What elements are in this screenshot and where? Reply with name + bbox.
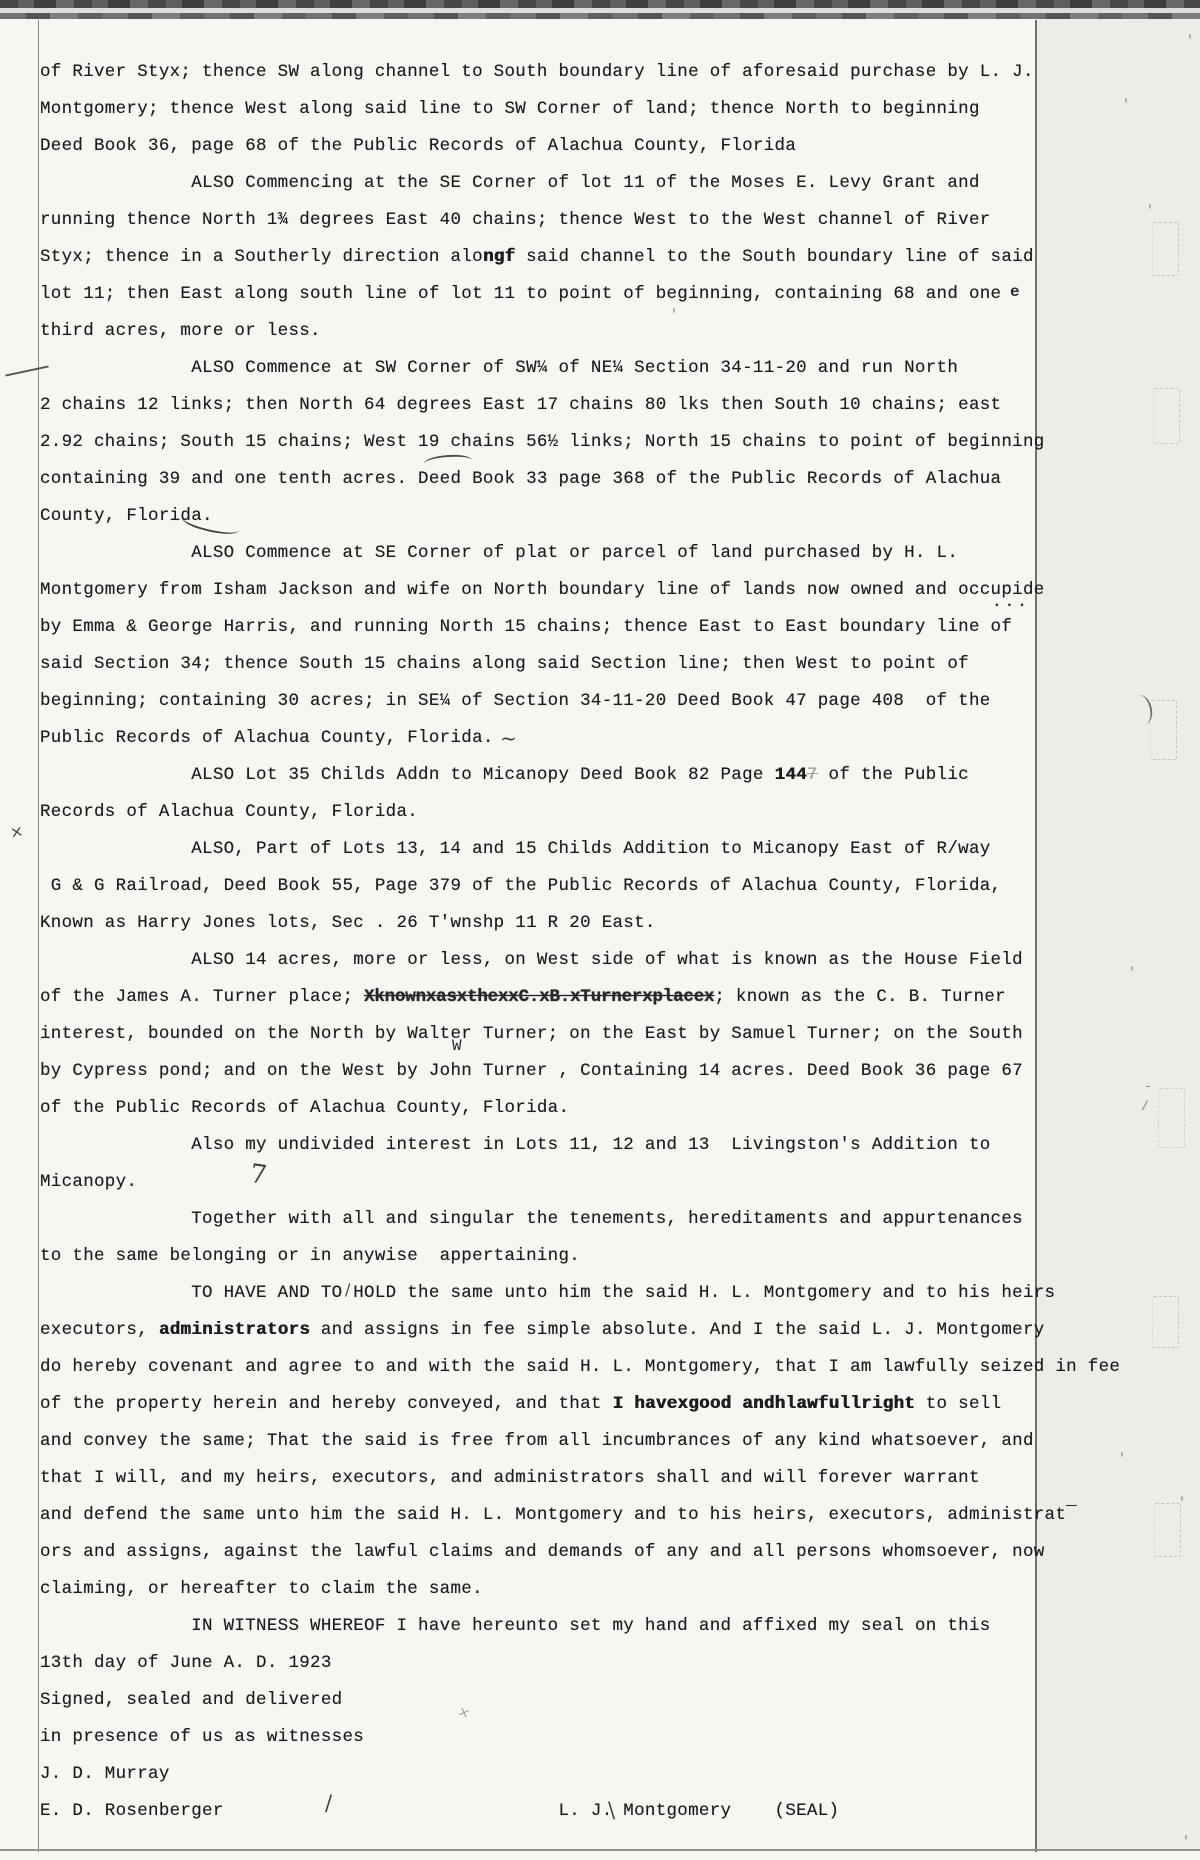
- pen-backslash: \: [608, 1800, 615, 1821]
- speck: /: [1141, 1100, 1149, 1113]
- left-margin-rule: [38, 20, 39, 1852]
- text-line-4: ALSO Commencing at the SE Corner of lot …: [40, 172, 980, 194]
- text-line-38: and convey the same; That the said is fr…: [40, 1430, 1034, 1452]
- pen-x: ×: [9, 823, 25, 841]
- pen-slash: /: [325, 1793, 332, 1814]
- text-line-21: Records of Alachua County, Florida.: [40, 801, 418, 823]
- text-line-20: ALSO Lot 35 Childs Addn to Micanopy Deed…: [40, 764, 969, 786]
- pencil-scribble: ×: [456, 1704, 472, 1721]
- text-line-11: 2.92 chains; South 15 chains; West 19 ch…: [40, 431, 1045, 453]
- text-line-43: IN WITNESS WHEREOF I have hereunto set m…: [40, 1615, 991, 1637]
- text-line-45: Signed, sealed and delivered: [40, 1689, 342, 1711]
- speck: ': [1122, 98, 1130, 111]
- speck: ': [1182, 1835, 1190, 1848]
- text-line-31: Micanopy.: [40, 1171, 137, 1193]
- text-line-22: ALSO, Part of Lots 13, 14 and 15 Childs …: [40, 838, 991, 860]
- punch-mark: [1152, 1296, 1179, 1348]
- punch-mark: [1158, 1088, 1185, 1148]
- text-line-29: of the Public Records of Alachua County,…: [40, 1097, 569, 1119]
- text-line-30: Also my undivided interest in Lots 11, 1…: [40, 1134, 991, 1156]
- text-line-48: E. D. Rosenberger L. J. Montgomery (SEAL…: [40, 1800, 839, 1822]
- punch-mark: [1150, 700, 1177, 760]
- speck: ': [1178, 1496, 1186, 1509]
- handwritten-seven: 7: [248, 1161, 268, 1189]
- scan-edge-band-lower: [0, 13, 1200, 19]
- text-line-32: Together with all and singular the tenem…: [40, 1208, 1023, 1230]
- text-line-18: beginning; containing 30 acres; in SE¼ o…: [40, 690, 991, 712]
- text-line-34: TO HAVE AND TO HOLD the same unto him th…: [40, 1282, 1055, 1304]
- document-page: of River Styx; thence SW along channel t…: [0, 0, 1200, 1860]
- text-line-9: ALSO Commence at SW Corner of SW¼ of NE¼…: [40, 357, 958, 379]
- text-line-42: claiming, or hereafter to claim the same…: [40, 1578, 483, 1600]
- text-line-7: lot 11; then East along south line of lo…: [40, 283, 1001, 305]
- text-line-24: Known as Harry Jones lots, Sec . 26 T'wn…: [40, 912, 656, 934]
- text-line-5: running thence North 1¾ degrees East 40 …: [40, 209, 991, 231]
- text-line-47: J. D. Murray: [40, 1763, 170, 1785]
- typed-dots: ...: [992, 594, 1030, 610]
- text-line-8: third acres, more or less.: [40, 320, 321, 342]
- text-line-37: of the property herein and hereby convey…: [40, 1393, 1001, 1415]
- text-line-46: in presence of us as witnesses: [40, 1726, 364, 1748]
- text-line-36: do hereby covenant and agree to and with…: [40, 1356, 1120, 1378]
- text-line-23: G & G Railroad, Deed Book 55, Page 379 o…: [40, 875, 1001, 897]
- text-line-35: executors, administrators and assigns in…: [40, 1319, 1045, 1341]
- scan-edge-band-top: [0, 0, 1200, 8]
- punch-mark: [1153, 388, 1180, 444]
- text-line-41: ors and assigns, against the lawful clai…: [40, 1541, 1045, 1563]
- text-line-25: ALSO 14 acres, more or less, on West sid…: [40, 949, 1023, 971]
- text-line-17: said Section 34; thence South 15 chains …: [40, 653, 969, 675]
- speck: ': [1186, 34, 1194, 47]
- text-line-16: by Emma & George Harris, and running Nor…: [40, 616, 1012, 638]
- bottom-rule: [0, 1849, 1200, 1851]
- right-margin-rule: [1035, 20, 1037, 1852]
- text-line-12: containing 39 and one tenth acres. Deed …: [40, 468, 1001, 490]
- text-line-39: that I will, and my heirs, executors, an…: [40, 1467, 980, 1489]
- text-line-27: interest, bounded on the North by Walter…: [40, 1023, 1023, 1045]
- punch-mark: [1154, 1503, 1181, 1557]
- text-line-2: Montgomery; thence West along said line …: [40, 98, 980, 120]
- speck: ': [670, 308, 678, 321]
- text-line-44: 13th day of June A. D. 1923: [40, 1652, 332, 1674]
- text-line-19: Public Records of Alachua County, Florid…: [40, 727, 494, 749]
- speck: ': [1146, 204, 1154, 217]
- right-margin-shade: [1037, 19, 1200, 1849]
- punch-mark: [1152, 222, 1179, 276]
- text-line-6: Styx; thence in a Southerly direction al…: [40, 246, 1034, 268]
- text-line-40: and defend the same unto him the said H.…: [40, 1504, 1077, 1526]
- pen-tilde: ~: [500, 728, 517, 748]
- text-line-33: to the same belonging or in anywise appe…: [40, 1245, 580, 1267]
- speck: -: [1144, 1080, 1152, 1093]
- text-line-26: of the James A. Turner place; Xknownxasx…: [40, 986, 1006, 1008]
- typed-blob: e: [1010, 284, 1023, 300]
- text-line-10: 2 chains 12 links; then North 64 degrees…: [40, 394, 1001, 416]
- speck: ': [1118, 1452, 1126, 1465]
- text-line-1: of River Styx; thence SW along channel t…: [40, 61, 1034, 83]
- speck: ': [1128, 966, 1136, 979]
- pen-slash: /: [345, 1282, 350, 1298]
- text-line-3: Deed Book 36, page 68 of the Public Reco…: [40, 135, 796, 157]
- text-line-14: ALSO Commence at SE Corner of plat or pa…: [40, 542, 958, 564]
- typed-correction-w: W: [452, 1038, 462, 1054]
- text-line-28: by Cypress pond; and on the West by John…: [40, 1060, 1023, 1082]
- text-line-15: Montgomery from Isham Jackson and wife o…: [40, 579, 1045, 601]
